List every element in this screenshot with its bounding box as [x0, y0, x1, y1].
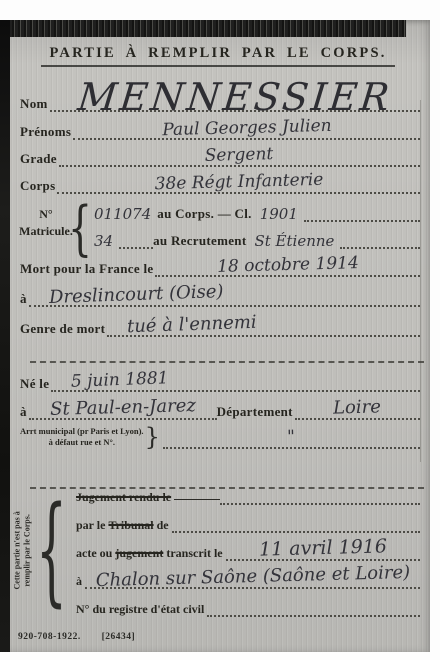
dotted-line-jugement — [220, 500, 420, 505]
record-card: PARTIE À REMPLIR PAR LE CORPS. Nom MENNE… — [6, 20, 430, 652]
dotted-line-matricule-corps — [304, 217, 420, 222]
transcription-lieu-label: à — [76, 575, 85, 589]
arrondissement-label: Arrt municipal (pr Paris et Lyon). à déf… — [20, 426, 144, 449]
strike-extension-line — [174, 499, 220, 500]
acte-label-struck: jugement — [115, 547, 166, 561]
form-title: PARTIE À REMPLIR PAR LE CORPS. — [41, 45, 394, 67]
handwritten-mort-lieu: Dreslincourt (Oise) — [49, 283, 224, 307]
genre-mort-label: Genre de mort — [20, 322, 107, 337]
matricule-au-corps-label: au Corps. — Cl. — [157, 207, 253, 222]
handwritten-mort-date: 18 octobre 1914 — [217, 255, 359, 276]
matricule-label-line2: Matricule. — [16, 223, 76, 240]
arrondissement-label-line1: Arrt municipal (pr Paris et Lyon). — [20, 426, 144, 437]
matricule-label: N° Matricule. — [16, 206, 76, 241]
field-row-mort-date: Mort pour la France le 18 octobre 1914 — [20, 257, 420, 277]
dotted-line-arrondissement: " — [163, 444, 420, 449]
matricule-au-recrutement-label: au Recrutement — [153, 234, 248, 249]
handwritten-departement: Loire — [333, 398, 381, 417]
handwritten-grade: Sergent — [205, 146, 274, 165]
imprint-footer: 920-708-1922. [26434] — [18, 632, 135, 642]
dotted-line-corps: 38e Régt Infanterie — [57, 189, 420, 194]
field-label-prenoms: Prénoms — [20, 125, 73, 140]
dotted-line-registre — [207, 612, 420, 617]
ne-lieu-label: à — [20, 405, 29, 420]
dotted-line-grade: Sergent — [59, 162, 420, 167]
dotted-line-mort-date: 18 octobre 1914 — [155, 272, 420, 277]
dotted-line-transcription-lieu: Chalon sur Saône (Saône et Loire) — [85, 584, 420, 589]
jugement-label: Jugement rendu le — [76, 491, 174, 505]
section-divider-1 — [30, 361, 424, 363]
scanned-document: PARTIE À REMPLIR PAR LE CORPS. Nom MENNE… — [0, 0, 440, 660]
handwritten-nom: MENNESSIER — [76, 78, 394, 116]
arrondissement-brace: } — [144, 428, 163, 447]
handwritten-acte-date: 11 avril 1916 — [259, 537, 387, 559]
dotted-line-matricule-recrutement — [340, 244, 420, 249]
dotted-line-nom: MENNESSIER — [50, 107, 420, 112]
mort-lieu-label: à — [20, 292, 29, 307]
handwritten-recrutement-lieu: St Étienne — [254, 234, 334, 249]
field-row-jugement: Jugement rendu le — [76, 485, 420, 505]
acte-label-pre: acte ou — [76, 547, 115, 561]
form-title-wrap: PARTIE À REMPLIR PAR LE CORPS. — [6, 44, 430, 67]
handwritten-ne-lieu: St Paul-en-Jarez — [50, 397, 196, 419]
dotted-line-prenoms: Paul Georges Julien — [73, 135, 420, 140]
field-row-acte-transcrit: acte ou jugement transcrit le 11 avril 1… — [76, 541, 420, 561]
dotted-line-departement: Loire — [295, 415, 420, 420]
field-row-prenoms: Prénoms Paul Georges Julien — [20, 118, 420, 140]
field-row-nom: Nom MENNESSIER — [20, 90, 420, 112]
side-note: Cette partie n'est pas à remplir par le … — [13, 504, 34, 596]
imprint-code: 920-708-1922. — [18, 632, 81, 642]
handwritten-arrondissement: " — [287, 429, 295, 446]
acte-label-post: transcrit le — [166, 547, 225, 561]
field-row-genre-mort: Genre de mort tué à l'ennemi — [20, 317, 420, 337]
mort-date-label: Mort pour la France le — [20, 262, 155, 277]
field-row-transcription-lieu: à Chalon sur Saône (Saône et Loire) — [76, 569, 420, 589]
handwritten-numero-corps: 011074 — [94, 207, 151, 222]
departement-label: Département — [217, 405, 295, 420]
field-row-matricule-recrutement: 34 au Recrutement St Étienne — [88, 229, 420, 249]
field-row-corps: Corps 38e Régt Infanterie — [20, 172, 420, 194]
scan-edge-top — [6, 20, 406, 37]
dotted-line-tribunal — [172, 528, 420, 533]
field-label-nom: Nom — [20, 97, 50, 112]
handwritten-transcription-lieu: Chalon sur Saône (Saône et Loire) — [95, 564, 410, 590]
field-row-grade: Grade Sergent — [20, 145, 420, 167]
field-row-ne-lieu: à St Paul-en-Jarez Département Loire — [20, 400, 420, 420]
handwritten-corps: 38e Régt Infanterie — [154, 172, 323, 193]
imprint-reference: [26434] — [102, 632, 136, 642]
field-row-matricule-corps: 011074 au Corps. — Cl. 1901 — [88, 202, 420, 222]
dotted-line-genre-mort: tué à l'ennemi — [107, 332, 420, 337]
handwritten-genre-mort: tué à l'ennemi — [127, 314, 257, 337]
handwritten-prenoms: Paul Georges Julien — [162, 118, 332, 139]
tribunal-label-pre: par le — [76, 519, 108, 533]
dotted-gap — [119, 244, 153, 249]
dotted-line-ne-le: 5 juin 1881 — [51, 387, 420, 392]
registre-label: N° du registre d'état civil — [76, 603, 207, 617]
tribunal-label-post: de — [157, 519, 172, 533]
dotted-line-ne-lieu: St Paul-en-Jarez — [29, 415, 217, 420]
handwritten-classe: 1901 — [260, 207, 298, 222]
field-label-grade: Grade — [20, 152, 59, 167]
handwritten-ne-le: 5 juin 1881 — [71, 370, 169, 390]
field-label-corps: Corps — [20, 179, 57, 194]
field-row-registre: N° du registre d'état civil — [76, 597, 420, 617]
field-row-ne-le: Né le 5 juin 1881 — [20, 372, 420, 392]
field-row-mort-lieu: à Dreslincourt (Oise) — [20, 287, 420, 307]
tribunal-label-struck: Tribunal — [108, 519, 156, 533]
matricule-label-line1: N° — [16, 206, 76, 223]
dotted-line-acte: 11 avril 1916 — [226, 556, 420, 561]
dotted-line-mort-lieu: Dreslincourt (Oise) — [29, 302, 420, 307]
scan-edge-left — [0, 20, 10, 652]
handwritten-numero-recrutement: 34 — [94, 234, 113, 249]
field-row-arrondissement: Arrt municipal (pr Paris et Lyon). à déf… — [20, 427, 420, 449]
ne-le-label: Né le — [20, 377, 51, 392]
arrondissement-label-line2: à défaut rue et N°. — [20, 437, 144, 448]
field-row-tribunal: par le Tribunal de — [76, 513, 420, 533]
side-brace: { — [36, 482, 67, 618]
